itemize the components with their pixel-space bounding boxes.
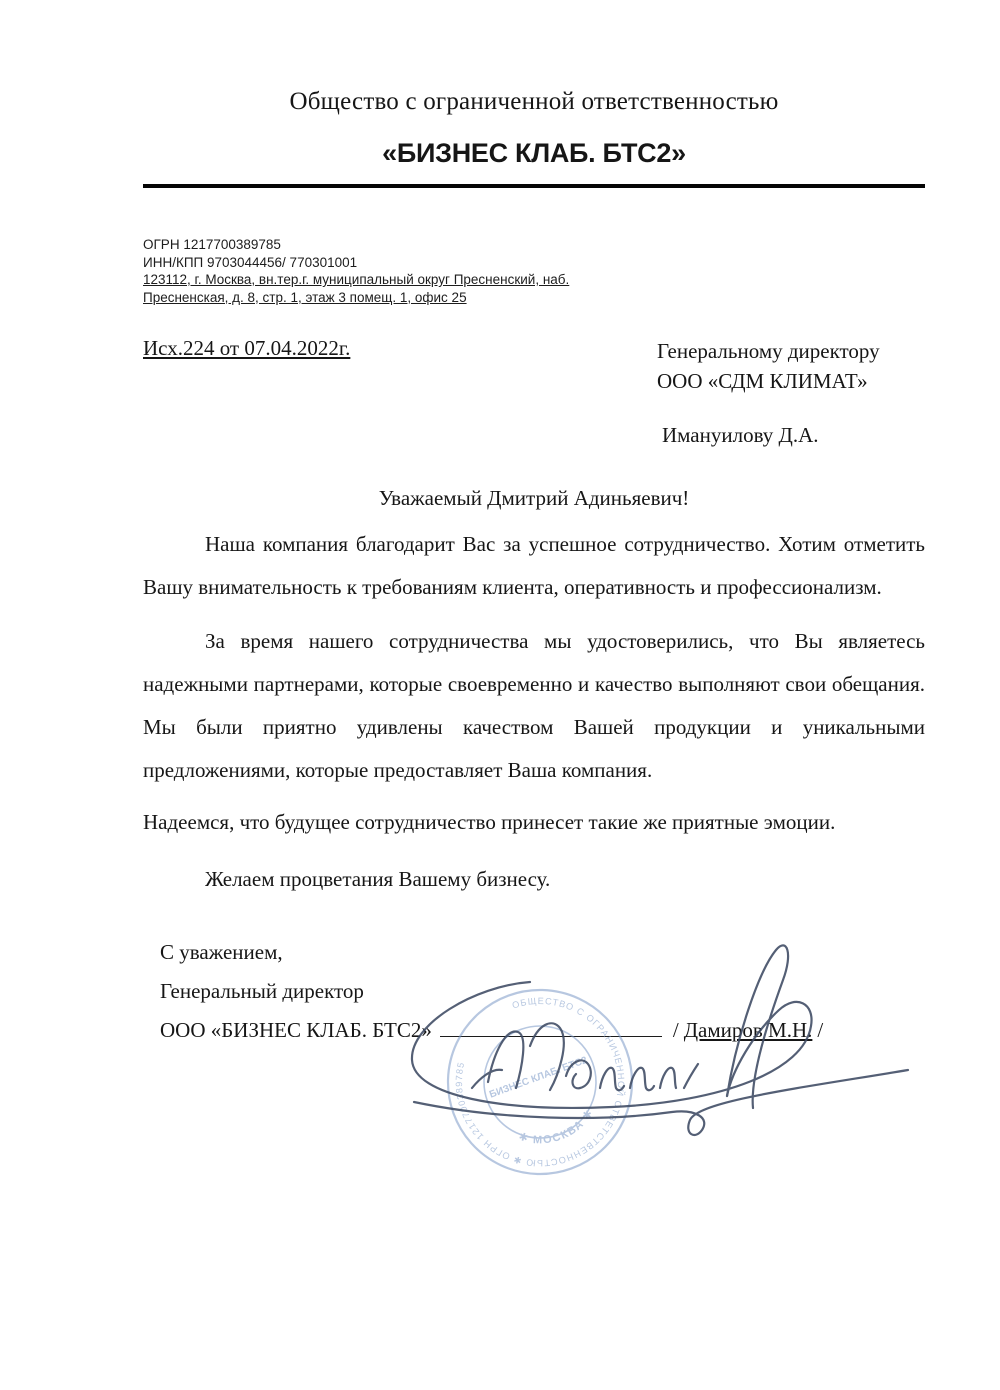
slash-close: / — [812, 1018, 828, 1042]
closing-regards: С уважением, — [160, 933, 925, 972]
org-name-line: «БИЗНЕС КЛАБ. БТС2» — [143, 138, 925, 169]
closing-company: ООО «БИЗНЕС КЛАБ. БТС2» — [160, 1018, 432, 1042]
body-paragraph-1: Наша компания благодарит Вас за успешное… — [143, 523, 925, 609]
body-paragraph-4: Желаем процветания Вашему бизнесу. — [143, 858, 925, 901]
body-paragraph-3: Надеемся, что будущее сотрудничество при… — [143, 801, 925, 844]
closing-block: С уважением, Генеральный директор ООО «Б… — [160, 933, 925, 1050]
stamp-city-text: ✱ МОСКВА ✱ — [514, 1104, 602, 1157]
salutation: Уважаемый Дмитрий Адиньяевич! — [143, 486, 925, 511]
requisites-block: ОГРН 1217700389785 ИНН/КПП 9703044456/ 7… — [143, 236, 925, 306]
letter-page: Общество с ограниченной ответственностью… — [0, 0, 1000, 1390]
org-type-line: Общество с ограниченной ответственностью — [143, 88, 925, 116]
reference-row: Исх.224 от 07.04.2022г. Генеральному дир… — [143, 336, 925, 450]
addressee-position: Генеральному директору — [657, 336, 925, 366]
addressee-person: Имануилову Д.А. — [657, 420, 925, 450]
ogrn-line: ОГРН 1217700389785 — [143, 236, 925, 254]
body-paragraph-2: За время нашего сотрудничества мы удосто… — [143, 620, 925, 792]
signature-blank-line — [440, 1034, 662, 1037]
inn-kpp-line: ИНН/КПП 9703044456/ 770301001 — [143, 254, 925, 272]
letterhead: Общество с ограниченной ответственностью… — [143, 0, 925, 188]
svg-text:✱ МОСКВА ✱: ✱ МОСКВА ✱ — [514, 1104, 602, 1157]
signer-name: Дамиров М.Н. — [684, 1018, 813, 1042]
signature-understroke — [414, 1070, 908, 1135]
letterhead-divider — [143, 184, 925, 188]
signature-row: ООО «БИЗНЕС КЛАБ. БТС2»/Дамиров М.Н./ — [160, 1011, 925, 1050]
closing-position: Генеральный директор — [160, 972, 925, 1011]
outgoing-number: Исх.224 от 07.04.2022г. — [143, 336, 350, 361]
addressee-company: ООО «СДМ КЛИМАТ» — [657, 366, 925, 396]
slash-open: / — [668, 1018, 684, 1042]
stamp-center-text: БИЗНЕС КЛАБ. БТС2 — [488, 1055, 589, 1101]
address-line-2: Пресненская, д. 8, стр. 1, этаж 3 помещ.… — [143, 289, 925, 307]
addressee-block: Генеральному директору ООО «СДМ КЛИМАТ» … — [657, 336, 925, 450]
address-line-1: 123112, г. Москва, вн.тер.г. муниципальн… — [143, 271, 925, 289]
